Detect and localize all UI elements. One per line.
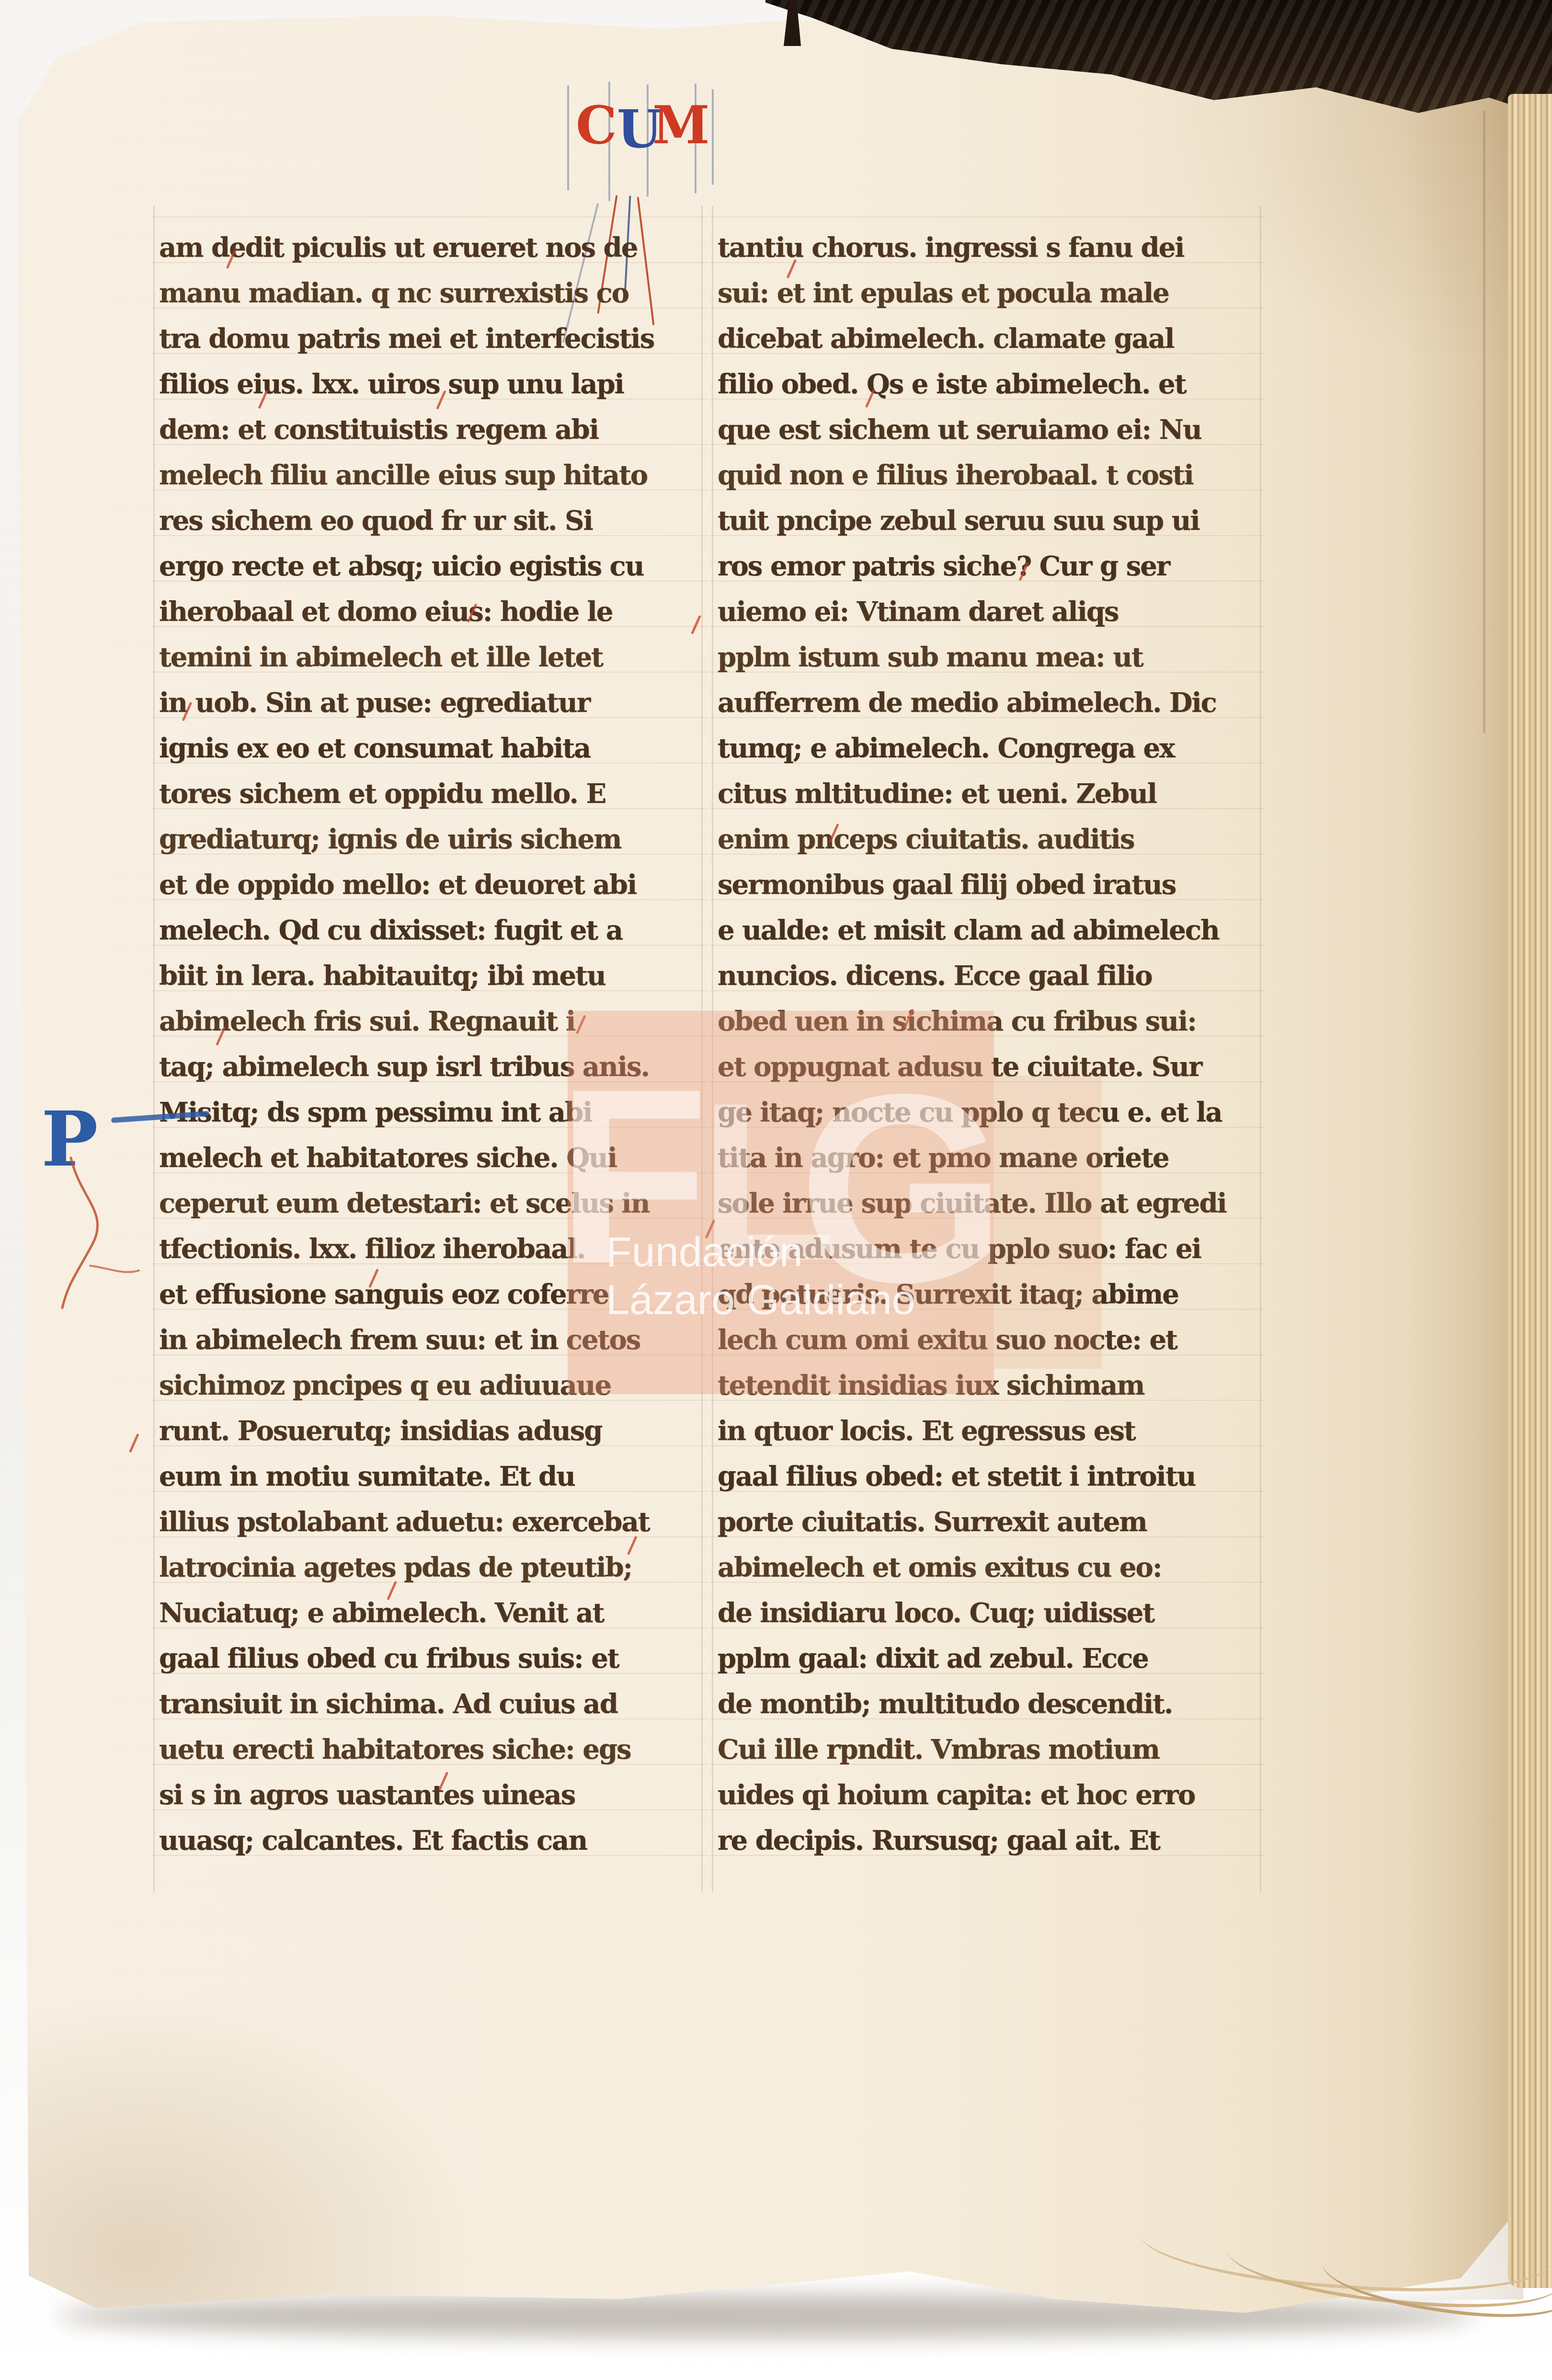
- text-line: dicebat abimelech. clamate gaal: [718, 316, 1268, 362]
- page-stack-fore-edge: [1508, 94, 1552, 2288]
- text-line: uiemo ei: Vtinam daret aliqs: [718, 589, 1268, 635]
- text-line: re decipis. Rursusq; gaal ait. Et: [718, 1818, 1268, 1864]
- text-line: de montib; multitudo descendit.: [718, 1682, 1268, 1727]
- text-line: iherobaal et domo eius: hodie le: [159, 589, 710, 635]
- text-line: Cui ille rpndit. Vmbras motium: [718, 1727, 1268, 1773]
- text-line: ergo recte et absq; uicio egistis cu: [159, 544, 710, 589]
- text-line: tra domu patris mei et interfecistis: [159, 316, 710, 362]
- penwork-stroke: [712, 89, 714, 185]
- gutter-shading: [1404, 29, 1523, 2300]
- text-line: filios eius. lxx. uiros sup unu lapi: [159, 362, 710, 407]
- watermark-text-line2: Lázaro Galdiano: [606, 1275, 915, 1324]
- text-line: ignis ex eo et consumat habita: [159, 726, 710, 771]
- text-line: ros emor patris siche? Cur g ser: [718, 544, 1268, 589]
- text-line: in uob. Sin at puse: egrediatur: [159, 680, 710, 726]
- text-line: e ualde: et misit clam ad abimelech: [718, 908, 1268, 953]
- text-line: pplm gaal: dixit ad zebul. Ecce: [718, 1636, 1268, 1682]
- text-line: melech. Qd cu dixisset: fugit et a: [159, 908, 710, 953]
- text-line: sermonibus gaal filij obed iratus: [718, 862, 1268, 908]
- text-line: tumq; e abimelech. Congrega ex: [718, 726, 1268, 771]
- text-line: si s in agros uastantes uineas: [159, 1773, 710, 1818]
- text-line: biit in lera. habitauitq; ibi metu: [159, 953, 710, 999]
- text-line: Nuciatuq; e abimelech. Venit at: [159, 1590, 710, 1636]
- text-line: uides qi hoium capita: et hoc erro: [718, 1773, 1268, 1818]
- text-line: tores sichem et oppidu mello. E: [159, 771, 710, 817]
- text-line: et de oppido mello: et deuoret abi: [159, 862, 710, 908]
- manuscript-photo: C U M am dedit piculis ut erueret nos de…: [0, 0, 1552, 2380]
- watermark-overlay: [994, 1076, 1102, 1369]
- text-line: filio obed. Qs e iste abimelech. et: [718, 362, 1268, 407]
- text-line: que est sichem ut seruiamo ei: Nu: [718, 407, 1268, 453]
- text-line: uuasq; calcantes. Et factis can: [159, 1818, 710, 1864]
- text-line: abimelech et omis exitus cu eo:: [718, 1545, 1268, 1590]
- text-line: porte ciuitatis. Surrexit autem: [718, 1499, 1268, 1545]
- text-line: in qtuor locis. Et egressus est: [718, 1408, 1268, 1454]
- page-edge-line: [1483, 110, 1485, 733]
- text-line: enim pnceps ciuitatis. auditis: [718, 817, 1268, 862]
- running-title-letter: M: [652, 100, 710, 151]
- watermark-text-line1: Fundación: [606, 1227, 803, 1276]
- text-line: illius pstolabant aduetu: exercebat: [159, 1499, 710, 1545]
- text-line: aufferrem de medio abimelech. Dic: [718, 680, 1268, 726]
- text-line: quid non e filius iherobaal. t costi: [718, 453, 1268, 498]
- penwork-stroke: [567, 85, 569, 191]
- text-line: latrocinia agetes pdas de pteutib;: [159, 1545, 710, 1590]
- text-line: tuit pncipe zebul seruu suu sup ui: [718, 498, 1268, 544]
- text-line: gaal filius obed: et stetit i introitu: [718, 1454, 1268, 1499]
- text-line: temini in abimelech et ille letet: [159, 635, 710, 680]
- text-line: pplm istum sub manu mea: ut: [718, 635, 1268, 680]
- text-line: melech filiu ancille eius sup hitato: [159, 453, 710, 498]
- text-line: citus mltitudine: et ueni. Zebul: [718, 771, 1268, 817]
- text-line: dem: et constituistis regem abi: [159, 407, 710, 453]
- text-line: tantiu chorus. ingressi s fanu dei: [718, 225, 1268, 271]
- text-line: de insidiaru loco. Cuq; uidisset: [718, 1590, 1268, 1636]
- text-line: sui: et int epulas et pocula male: [718, 271, 1268, 316]
- text-line: res sichem eo quod fr ur sit. Si: [159, 498, 710, 544]
- text-line: uetu erecti habitatores siche: egs: [159, 1727, 710, 1773]
- running-title-letter: C: [576, 100, 617, 151]
- text-line: grediaturq; ignis de uiris sichem: [159, 817, 710, 862]
- text-line: eum in motiu sumitate. Et du: [159, 1454, 710, 1499]
- ruling-vertical: [153, 206, 155, 1892]
- text-line: am dedit piculis ut erueret nos de: [159, 225, 710, 271]
- text-line: transiuit in sichima. Ad cuius ad: [159, 1682, 710, 1727]
- text-line: manu madian. q nc surrexistis co: [159, 271, 710, 316]
- text-line: nuncios. dicens. Ecce gaal filio: [718, 953, 1268, 999]
- text-line: gaal filius obed cu fribus suis: et: [159, 1636, 710, 1682]
- penwork-flourish: [57, 1156, 171, 1314]
- text-line: runt. Posuerutq; insidias adusg: [159, 1408, 710, 1454]
